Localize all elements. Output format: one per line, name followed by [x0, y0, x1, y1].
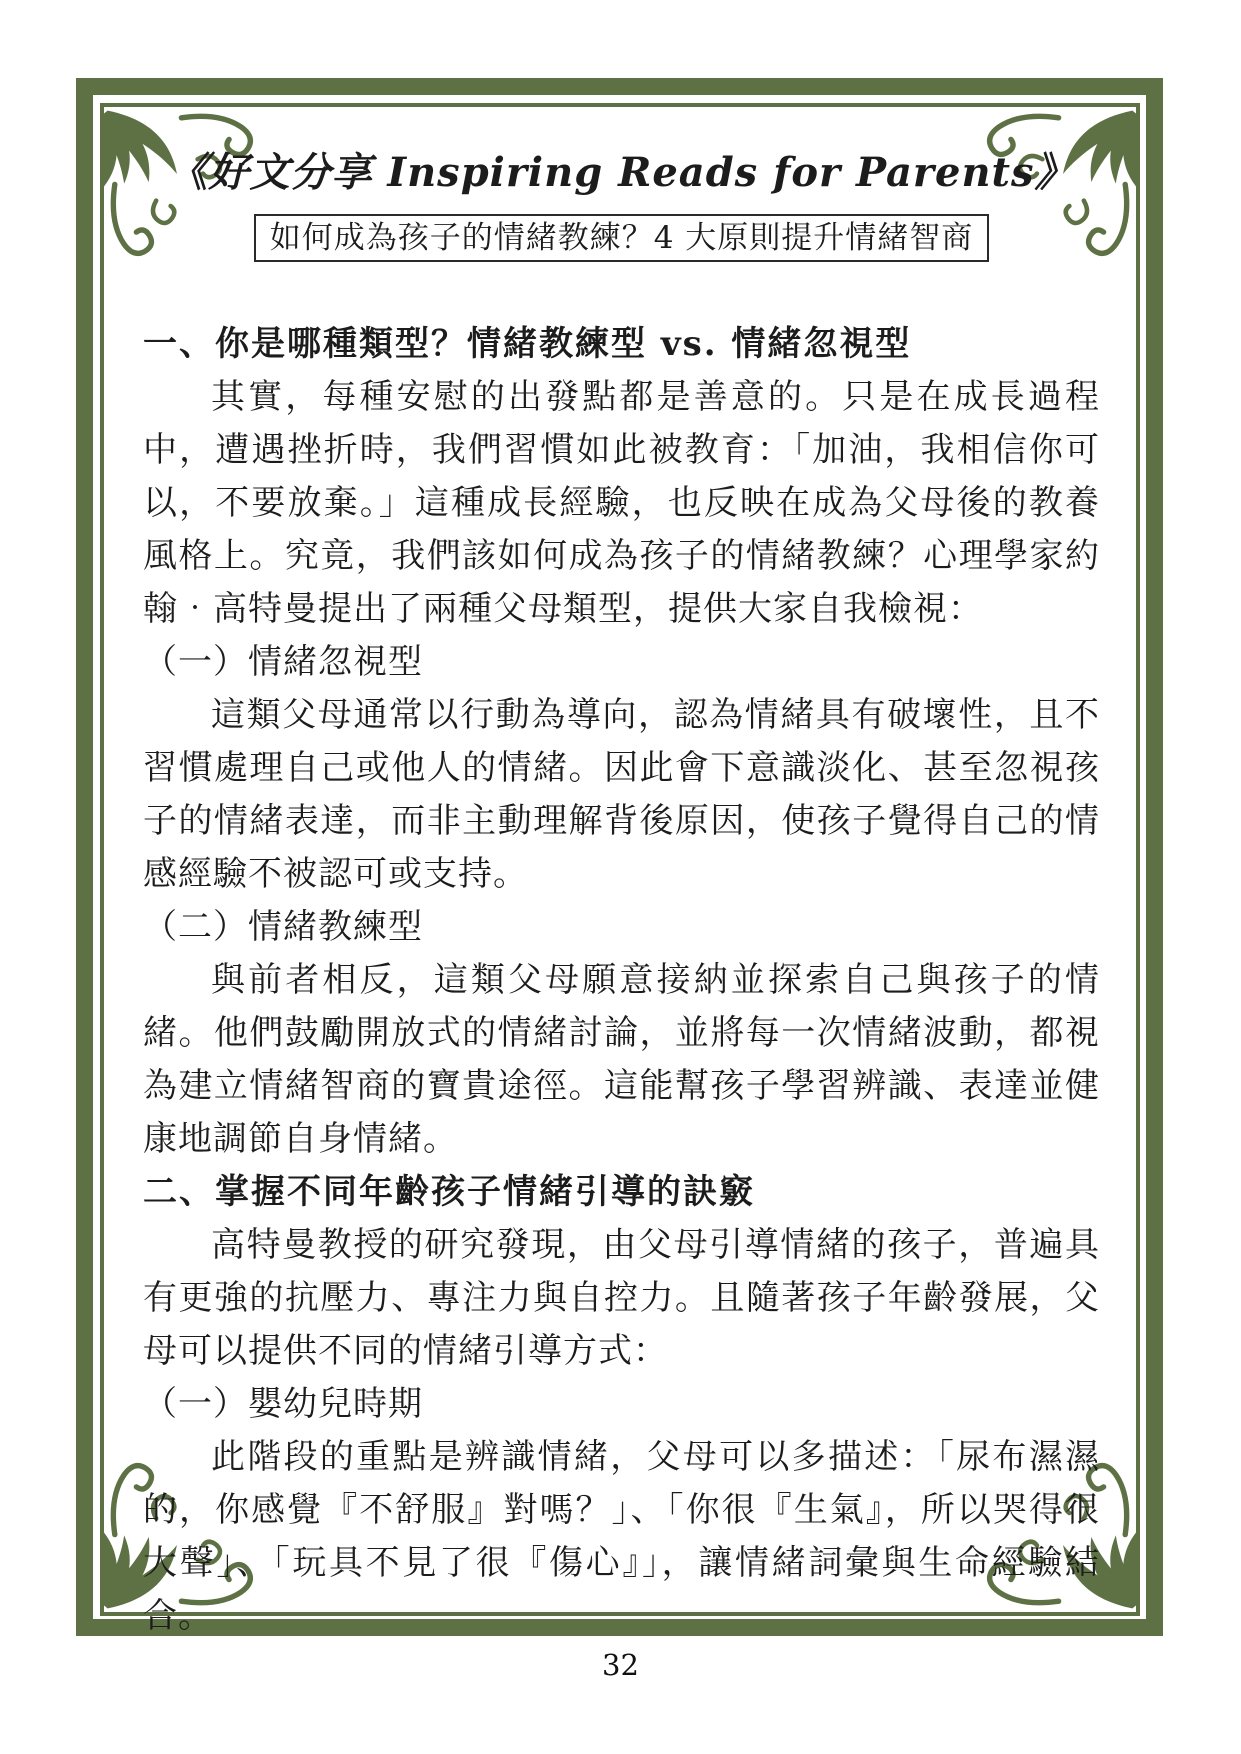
section-heading: 一、你是哪種類型？情緒教練型 vs. 情緒忽視型	[143, 318, 1100, 371]
paragraph: 其實，每種安慰的出發點都是善意的。只是在成長過程中，遭遇挫折時，我們習慣如此被教…	[143, 371, 1100, 636]
section-heading: 二、掌握不同年齡孩子情緒引導的訣竅	[143, 1166, 1100, 1219]
document-title: 《好文分享 Inspiring Reads for Parents》	[143, 148, 1100, 198]
page-number: 32	[0, 1648, 1241, 1682]
subsection-label: （一）嬰幼兒時期	[143, 1378, 1100, 1431]
paragraph: 高特曼教授的研究發現，由父母引導情緒的孩子，普遍具有更強的抗壓力、專注力與自控力…	[143, 1219, 1100, 1378]
article-title-box: 如何成為孩子的情緒教練？4 大原則提升情緒智商	[254, 214, 990, 262]
page-content: 《好文分享 Inspiring Reads for Parents》 如何成為孩…	[143, 148, 1100, 1643]
paragraph: 這類父母通常以行動為導向，認為情緒具有破壞性，且不習慣處理自己或他人的情緒。因此…	[143, 689, 1100, 901]
subtitle-row: 如何成為孩子的情緒教練？4 大原則提升情緒智商	[143, 214, 1100, 262]
paragraph: 此階段的重點是辨識情緒，父母可以多描述：「尿布濕濕的，你感覺『不舒服』對嗎？」、…	[143, 1431, 1100, 1643]
article-body: 一、你是哪種類型？情緒教練型 vs. 情緒忽視型 其實，每種安慰的出發點都是善意…	[143, 318, 1100, 1643]
subsection-label: （二）情緒教練型	[143, 901, 1100, 954]
paragraph: 與前者相反，這類父母願意接納並探索自己與孩子的情緒。他們鼓勵開放式的情緒討論，並…	[143, 954, 1100, 1166]
subsection-label: （一）情緒忽視型	[143, 636, 1100, 689]
